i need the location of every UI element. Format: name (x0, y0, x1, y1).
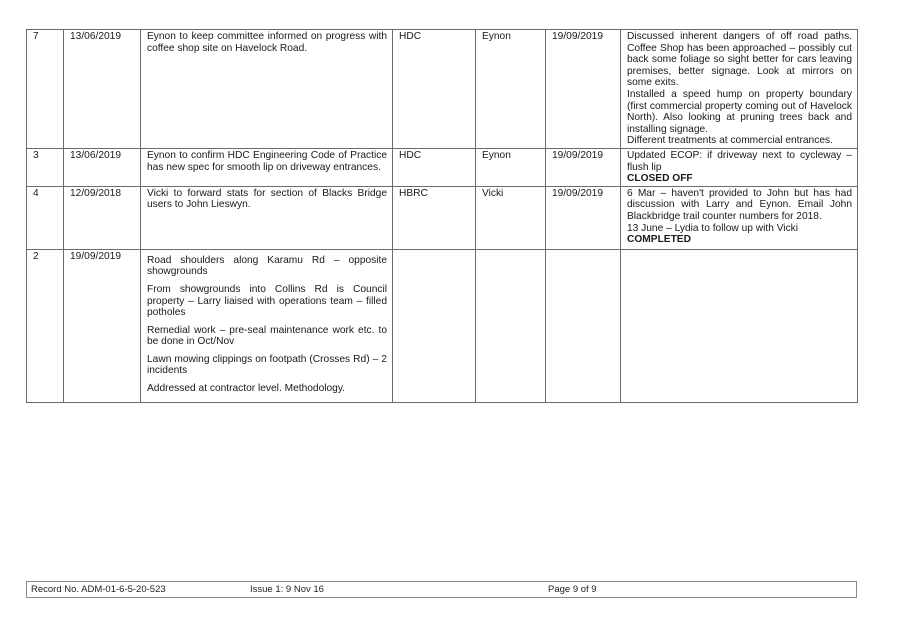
item-notes (621, 249, 858, 402)
item-notes: 6 Mar – haven't provided to John but has… (621, 186, 858, 249)
item-number: 4 (27, 186, 64, 249)
item-organisation (393, 249, 476, 402)
table-row: 3 13/06/2019 Eynon to confirm HDC Engine… (27, 148, 858, 186)
note-line: 6 Mar – haven't provided to John but has… (627, 188, 852, 223)
table-row: 2 19/09/2019 Road shoulders along Karamu… (27, 249, 858, 402)
issue-info: Issue 1: 9 Nov 16 (250, 582, 324, 597)
table-row: 7 13/06/2019 Eynon to keep committee inf… (27, 30, 858, 149)
item-person: Eynon (476, 148, 546, 186)
action-paragraph: Lawn mowing clippings on footpath (Cross… (147, 354, 387, 377)
item-action: Eynon to keep committee informed on prog… (141, 30, 393, 149)
item-organisation: HBRC (393, 186, 476, 249)
action-paragraph: Road shoulders along Karamu Rd – opposit… (147, 255, 387, 278)
item-number: 3 (27, 148, 64, 186)
record-number: Record No. ADM-01-6-5-20-523 (31, 582, 166, 597)
item-person: Eynon (476, 30, 546, 149)
note-line: Installed a speed hump on property bound… (627, 89, 852, 135)
item-action: Eynon to confirm HDC Engineering Code of… (141, 148, 393, 186)
note-line: Different treatments at commercial entra… (627, 135, 852, 147)
item-notes: Updated ECOP: if driveway next to cyclew… (621, 148, 858, 186)
note-line: Discussed inherent dangers of off road p… (627, 31, 852, 89)
item-due-date (546, 249, 621, 402)
action-paragraph: Remedial work – pre-seal maintenance wor… (147, 325, 387, 348)
item-notes: Discussed inherent dangers of off road p… (621, 30, 858, 149)
item-due-date: 19/09/2019 (546, 30, 621, 149)
item-organisation: HDC (393, 148, 476, 186)
item-date: 13/06/2019 (64, 148, 141, 186)
item-date: 12/09/2018 (64, 186, 141, 249)
item-due-date: 19/09/2019 (546, 148, 621, 186)
status-label: COMPLETED (627, 234, 852, 246)
action-items-table: 7 13/06/2019 Eynon to keep committee inf… (26, 29, 858, 403)
item-date: 13/06/2019 (64, 30, 141, 149)
action-paragraph: From showgrounds into Collins Rd is Coun… (147, 284, 387, 319)
item-person: Vicki (476, 186, 546, 249)
item-date: 19/09/2019 (64, 249, 141, 402)
status-label: CLOSED OFF (627, 173, 852, 185)
item-action: Vicki to forward stats for section of Bl… (141, 186, 393, 249)
item-person (476, 249, 546, 402)
item-number: 7 (27, 30, 64, 149)
item-due-date: 19/09/2019 (546, 186, 621, 249)
note-line: Updated ECOP: if driveway next to cyclew… (627, 150, 852, 173)
page-footer: Record No. ADM-01-6-5-20-523 Issue 1: 9 … (26, 581, 857, 598)
action-paragraph: Addressed at contractor level. Methodolo… (147, 383, 387, 395)
page-number: Page 9 of 9 (548, 582, 597, 597)
item-organisation: HDC (393, 30, 476, 149)
item-number: 2 (27, 249, 64, 402)
table-row: 4 12/09/2018 Vicki to forward stats for … (27, 186, 858, 249)
note-line: 13 June – Lydia to follow up with Vicki (627, 223, 852, 235)
item-action: Road shoulders along Karamu Rd – opposit… (141, 249, 393, 402)
